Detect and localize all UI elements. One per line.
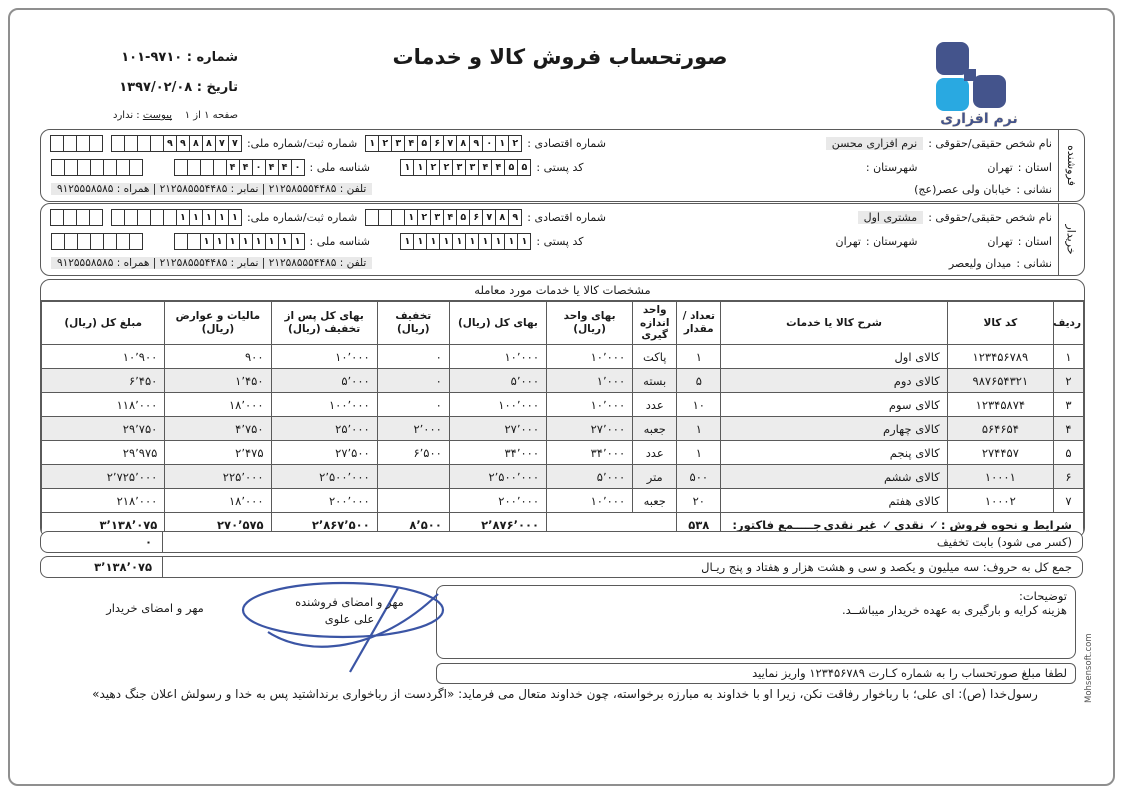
digit-box	[174, 233, 188, 250]
seller-economic-code-label: شماره اقتصادی :	[527, 137, 606, 150]
seller-county-label: شهرستان :	[866, 161, 918, 174]
digit-box	[64, 159, 78, 176]
digit-box	[116, 233, 130, 250]
digit-box: ۱	[213, 233, 227, 250]
digit-box	[137, 135, 151, 152]
digit-box: ۲	[417, 209, 431, 226]
digit-box	[63, 135, 77, 152]
digit-box: ۷	[215, 135, 229, 152]
digit-box	[129, 233, 143, 250]
buyer-name-value: مشتری اول	[858, 211, 924, 224]
digit-box	[174, 159, 188, 176]
digit-box: ۲	[439, 159, 453, 176]
digit-box: ۲	[426, 159, 440, 176]
digit-box: ۸	[495, 209, 509, 226]
check-icon: ✓	[882, 518, 892, 532]
buyer-economic-code: شماره اقتصادی : ۱۲۳۴۵۶۷۸۹	[365, 209, 606, 226]
seller-registration-number: شماره ثبت/شماره ملی: ۹۹۸۸۷۷	[111, 135, 357, 152]
payment-note-box: لطفا مبلغ صورتحساب را به شماره کـارت ۱۲۳…	[436, 663, 1076, 684]
footer-quote: رسول‌خدا (ص): ای علی؛ با رباخوار رفاقت ن…	[45, 687, 1085, 701]
buyer-address-value: میدان ولیعصر	[949, 257, 1012, 270]
digit-box: ۴	[491, 159, 505, 176]
digit-box: ۱	[404, 209, 418, 226]
item-row: ۵۲۷۴۴۵۷کالای پنجم۱عدد۳۴٬۰۰۰۳۴٬۰۰۰۶٬۵۰۰۲۷…	[42, 441, 1084, 465]
digit-box: ۱	[465, 233, 479, 250]
digit-box: ۱	[504, 233, 518, 250]
buyer-county-label: شهرستان :	[866, 235, 918, 248]
credit-label: غیر نقدی	[824, 518, 878, 532]
digit-box: ۱	[439, 233, 453, 250]
seller-national-id-boxes: ۴۴۰۴۴۰	[174, 159, 305, 176]
items-table-section: مشخصات کالا یا خدمات مورد معامله ردیف کد…	[40, 279, 1085, 538]
seller-national-id-label: شناسه ملی :	[310, 161, 370, 174]
digit-box	[365, 209, 379, 226]
digit-box: ۹	[176, 135, 190, 152]
seller-extra-boxes-2	[51, 159, 143, 176]
digit-box: ۸	[202, 135, 216, 152]
col-discount: تخفیف (ریال)	[377, 302, 449, 345]
discount-strip: (کسر می شود) بابت تخفیف ۰	[40, 531, 1083, 553]
digit-box: ۴	[278, 159, 292, 176]
col-tax: مالیات و عوارض (ریال)	[165, 302, 271, 345]
notes-box: توضیحات: هزینه کرایه و بارگیری به عهده خ…	[436, 585, 1076, 659]
digit-box: ۹	[508, 209, 522, 226]
total-in-words-value: ۳٬۱۳۸٬۰۷۵	[41, 557, 163, 577]
invoice-sum-label: جـــــمع فاکتور:	[732, 518, 821, 532]
seller-name-label: نام شخص حقیقی/حقوقی :	[928, 137, 1052, 150]
col-amount: مبلغ کل (ریال)	[42, 302, 165, 345]
buyer-extra-boxes-2-cells	[51, 233, 143, 250]
page-title: صورتحساب فروش کالا و خدمات	[280, 45, 840, 69]
digit-box: ۱	[413, 233, 427, 250]
items-table-title: مشخصات کالا یا خدمات مورد معامله	[41, 280, 1084, 301]
seller-economic-code: شماره اقتصادی : ۱۲۳۴۵۶۷۸۹۰۱۲	[365, 135, 606, 152]
digit-box: ۰	[252, 159, 266, 176]
items-table: ردیف کد کالا شرح کالا یا خدمات تعداد / م…	[41, 301, 1084, 537]
digit-box: ۱	[478, 233, 492, 250]
notes-text: هزینه کرایه و بارگیری به عهده خریدار میب…	[445, 603, 1067, 617]
item-row: ۱۱۲۳۴۵۶۷۸۹کالای اول۱پاکت۱۰٬۰۰۰۱۰٬۰۰۰۰۱۰٬…	[42, 345, 1084, 369]
seller-postal-label: کد پستی :	[536, 161, 583, 174]
seller-signature-block: مهر و امضای فروشنده علی علوی	[262, 594, 437, 629]
cash-option: ✓نقدی	[894, 518, 939, 532]
digit-box: ۱	[215, 209, 229, 226]
seller-national-id: شناسه ملی : ۴۴۰۴۴۰	[174, 159, 370, 176]
digit-box	[200, 159, 214, 176]
digit-box: ۱	[226, 233, 240, 250]
digit-box: ۱	[176, 209, 190, 226]
digit-box: ۴	[226, 159, 240, 176]
seller-postal-code: کد پستی : ۱۱۲۲۳۳۴۴۵۵	[400, 159, 583, 176]
digit-box: ۴	[265, 159, 279, 176]
digit-box: ۴	[478, 159, 492, 176]
digit-box: ۱	[413, 159, 427, 176]
company-logo: نرم افزاری محسن	[918, 42, 1040, 130]
discount-strip-value: ۰	[41, 532, 163, 552]
buyer-registration-number: شماره ثبت/شماره ملی: ۱۱۱۱۱	[111, 209, 357, 226]
digit-box: ۱	[239, 233, 253, 250]
digit-box	[76, 209, 90, 226]
buyer-signature-block: مهر و امضای خریدار	[80, 601, 230, 615]
seller-address-label: نشانی :	[1016, 183, 1052, 196]
invoice-number-label: شماره :	[187, 50, 238, 65]
cash-label: نقدی	[894, 518, 924, 532]
digit-box	[111, 209, 125, 226]
item-row: ۴۵۶۴۶۵۴کالای چهارم۱جعبه۲۷٬۰۰۰۲۷٬۰۰۰۲٬۰۰۰…	[42, 417, 1084, 441]
col-quantity: تعداد / مقدار	[677, 302, 721, 345]
buyer-address-label: نشانی :	[1016, 257, 1052, 270]
col-description: شرح کالا یا خدمات	[721, 302, 947, 345]
buyer-postal-label: کد پستی :	[536, 235, 583, 248]
seller-address-value: خیابان ولی عصر(عج)	[914, 183, 1011, 196]
digit-box: ۱	[400, 233, 414, 250]
buyer-extra-boxes-1-cells	[50, 209, 103, 226]
digit-box: ۱	[491, 233, 505, 250]
digit-box	[51, 159, 65, 176]
digit-box	[111, 135, 125, 152]
sale-terms-label: شرایط و نحوه فروش :	[941, 518, 1072, 532]
digit-box: ۲	[378, 135, 392, 152]
digit-box: ۱	[452, 233, 466, 250]
seller-province-label: استان :	[1018, 161, 1052, 174]
credit-option: ✓غیر نقدی	[824, 518, 893, 532]
digit-box: ۳	[391, 135, 405, 152]
page-attachment-line: صفحه ۱ از ۱ پیوست : ندارد	[60, 110, 238, 121]
digit-box: ۱	[200, 233, 214, 250]
buyer-province-label: استان :	[1018, 235, 1052, 248]
digit-box	[64, 233, 78, 250]
digit-box: ۷	[443, 135, 457, 152]
seller-extra-boxes-1	[50, 135, 103, 152]
logo-joint-icon	[964, 69, 976, 81]
digit-box	[50, 209, 64, 226]
digit-box: ۱	[252, 233, 266, 250]
digit-box	[90, 159, 104, 176]
seller-extra-boxes-1-cells	[50, 135, 103, 152]
seller-address: نشانی : خیابان ولی عصر(عج)	[380, 183, 1052, 196]
digit-box: ۰	[291, 159, 305, 176]
digit-box: ۸	[189, 135, 203, 152]
col-product-code: کد کالا	[947, 302, 1053, 345]
digit-box: ۴	[239, 159, 253, 176]
digit-box	[187, 233, 201, 250]
check-icon: ✓	[929, 518, 939, 532]
buyer-side-label: خریدار	[1058, 204, 1084, 275]
seller-side-label: فروشنده	[1058, 130, 1084, 201]
digit-box: ۶	[430, 135, 444, 152]
digit-box	[63, 209, 77, 226]
seller-postal-boxes: ۱۱۲۲۳۳۴۴۵۵	[400, 159, 531, 176]
seller-geo: استان :تهران شهرستان :	[614, 161, 1052, 174]
digit-box: ۰	[482, 135, 496, 152]
attachment-value: : ندارد	[113, 110, 143, 121]
buyer-extra-boxes-1	[50, 209, 103, 226]
notes-label: توضیحات:	[445, 589, 1067, 603]
watermark-text: Mohsensoft.com	[1084, 633, 1094, 703]
seller-side-text: فروشنده	[1065, 145, 1078, 186]
buyer-section: خریدار نام شخص حقیقی/حقوقی : مشتری اول ش…	[40, 203, 1085, 276]
digit-box: ۷	[482, 209, 496, 226]
digit-box: ۶	[469, 209, 483, 226]
total-in-words-label: جمع کل به حروف: سه میلیون و یکصد و سی و …	[163, 560, 1082, 574]
digit-box: ۱	[278, 233, 292, 250]
buyer-national-id-boxes: ۱۱۱۱۱۱۱۱	[174, 233, 305, 250]
digit-box: ۱	[202, 209, 216, 226]
digit-box: ۳	[452, 159, 466, 176]
buyer-registration-label: شماره ثبت/شماره ملی:	[247, 211, 357, 224]
col-unit-price: بهای واحد (ریال)	[547, 302, 633, 345]
col-row-number: ردیف	[1053, 302, 1083, 345]
digit-box: ۱	[517, 233, 531, 250]
seller-name-field: نام شخص حقیقی/حقوقی : نرم افزاری محسن	[614, 137, 1052, 150]
buyer-registration-boxes: ۱۱۱۱۱	[111, 209, 242, 226]
digit-box	[116, 159, 130, 176]
digit-box: ۵	[504, 159, 518, 176]
invoice-date: تاریخ : ۱۳۹۷/۰۲/۰۸	[60, 80, 238, 95]
digit-box: ۵	[517, 159, 531, 176]
page-count: صفحه ۱ از ۱	[185, 110, 238, 121]
logo-square-lightblue-icon	[936, 78, 969, 111]
digit-box: ۹	[469, 135, 483, 152]
digit-box	[213, 159, 227, 176]
buyer-national-id: شناسه ملی : ۱۱۱۱۱۱۱۱	[174, 233, 370, 250]
invoice-date-value: ۱۳۹۷/۰۲/۰۸	[119, 80, 192, 95]
seller-province-value: تهران	[987, 161, 1012, 174]
seller-name-value: نرم افزاری محسن	[826, 137, 923, 150]
buyer-county-value: تهران	[836, 235, 861, 248]
digit-box	[124, 209, 138, 226]
digit-box	[378, 209, 392, 226]
items-header-row: ردیف کد کالا شرح کالا یا خدمات تعداد / م…	[42, 302, 1084, 345]
digit-box	[50, 135, 64, 152]
digit-box: ۲	[508, 135, 522, 152]
digit-box	[76, 135, 90, 152]
digit-box: ۱	[291, 233, 305, 250]
buyer-province-value: تهران	[987, 235, 1012, 248]
digit-box: ۹	[163, 135, 177, 152]
digit-box	[124, 135, 138, 152]
digit-box: ۱	[426, 233, 440, 250]
items-body: ۱۱۲۳۴۵۶۷۸۹کالای اول۱پاکت۱۰٬۰۰۰۱۰٬۰۰۰۰۱۰٬…	[42, 345, 1084, 513]
buyer-signature-label: مهر و امضای خریدار	[80, 601, 230, 615]
digit-box: ۵	[456, 209, 470, 226]
seller-registration-boxes: ۹۹۸۸۷۷	[111, 135, 242, 152]
invoice-page: شماره : ۹۷۱۰-۱۰۱ تاریخ : ۱۳۹۷/۰۲/۰۸ صفحه…	[0, 0, 1123, 794]
digit-box: ۱	[228, 209, 242, 226]
buyer-name-field: نام شخص حقیقی/حقوقی : مشتری اول	[614, 211, 1052, 224]
digit-box	[150, 135, 164, 152]
digit-box	[163, 209, 177, 226]
digit-box: ۱	[365, 135, 379, 152]
digit-box	[103, 159, 117, 176]
buyer-side-text: خریدار	[1065, 224, 1078, 254]
invoice-date-label: تاریخ :	[197, 80, 238, 95]
digit-box	[391, 209, 405, 226]
seller-registration-label: شماره ثبت/شماره ملی:	[247, 137, 357, 150]
buyer-extra-boxes-2	[51, 233, 143, 250]
invoice-meta: شماره : ۹۷۱۰-۱۰۱ تاریخ : ۱۳۹۷/۰۲/۰۸ صفحه…	[60, 50, 238, 121]
invoice-number-value: ۹۷۱۰-۱۰۱	[121, 50, 182, 65]
digit-box: ۸	[456, 135, 470, 152]
col-after-discount: بهای کل پس از تخفیف (ریال)	[271, 302, 377, 345]
seller-section: فروشنده نام شخص حقیقی/حقوقی : نرم افزاری…	[40, 129, 1085, 202]
digit-box: ۴	[404, 135, 418, 152]
seller-economic-code-boxes: ۱۲۳۴۵۶۷۸۹۰۱۲	[365, 135, 522, 152]
buyer-national-id-label: شناسه ملی :	[310, 235, 370, 248]
col-total-price: بهای کل (ریال)	[449, 302, 546, 345]
buyer-economic-code-boxes: ۱۲۳۴۵۶۷۸۹	[365, 209, 522, 226]
digit-box	[103, 233, 117, 250]
digit-box: ۷	[228, 135, 242, 152]
item-row: ۶۱۰۰۰۱کالای ششم۵۰۰متر۵٬۰۰۰۲٬۵۰۰٬۰۰۰۲٬۵۰۰…	[42, 465, 1084, 489]
item-row: ۳۱۲۳۴۵۸۷۴کالای سوم۱۰عدد۱۰٬۰۰۰۱۰۰٬۰۰۰۰۱۰۰…	[42, 393, 1084, 417]
digit-box	[89, 209, 103, 226]
digit-box	[77, 233, 91, 250]
buyer-geo: استان :تهران شهرستان :تهران	[614, 235, 1052, 248]
buyer-economic-code-label: شماره اقتصادی :	[527, 211, 606, 224]
digit-box: ۱	[189, 209, 203, 226]
digit-box	[51, 233, 65, 250]
digit-box: ۱	[265, 233, 279, 250]
digit-box: ۳	[465, 159, 479, 176]
item-row: ۲۹۸۷۶۵۴۳۲۱کالای دوم۵بسته۱٬۰۰۰۵٬۰۰۰۰۵٬۰۰۰…	[42, 369, 1084, 393]
logo-square-dark-right-icon	[973, 75, 1006, 108]
digit-box	[77, 159, 91, 176]
digit-box: ۱	[400, 159, 414, 176]
attachment-label: پیوست	[143, 110, 172, 121]
digit-box: ۳	[430, 209, 444, 226]
seller-extra-boxes-2-cells	[51, 159, 143, 176]
buyer-postal-boxes: ۱۱۱۱۱۱۱۱۱۱	[400, 233, 531, 250]
digit-box: ۵	[417, 135, 431, 152]
buyer-phone-line: تلفن : ۲۱۲۵۸۵۵۵۴۴۸۵ | نمابر : ۲۱۲۵۸۵۵۵۴۴…	[51, 257, 372, 269]
total-in-words-strip: جمع کل به حروف: سه میلیون و یکصد و سی و …	[40, 556, 1083, 578]
buyer-address: نشانی : میدان ولیعصر	[380, 257, 1052, 270]
discount-strip-label: (کسر می شود) بابت تخفیف	[163, 535, 1082, 549]
digit-box	[137, 209, 151, 226]
buyer-postal-code: کد پستی : ۱۱۱۱۱۱۱۱۱۱	[400, 233, 583, 250]
digit-box	[150, 209, 164, 226]
invoice-number: شماره : ۹۷۱۰-۱۰۱	[60, 50, 238, 65]
digit-box	[129, 159, 143, 176]
digit-box: ۱	[495, 135, 509, 152]
buyer-name-label: نام شخص حقیقی/حقوقی :	[928, 211, 1052, 224]
col-unit: واحد اندازه گیری	[633, 302, 677, 345]
digit-box: ۴	[443, 209, 457, 226]
digit-box	[89, 135, 103, 152]
seller-signature-name: علی علوی	[262, 611, 437, 628]
seller-signature-label: مهر و امضای فروشنده	[262, 594, 437, 611]
digit-box	[187, 159, 201, 176]
digit-box	[90, 233, 104, 250]
item-row: ۷۱۰۰۰۲کالای هفتم۲۰جعبه۱۰٬۰۰۰۲۰۰٬۰۰۰۲۰۰٬۰…	[42, 489, 1084, 513]
seller-phone-line: تلفن : ۲۱۲۵۸۵۵۵۴۴۸۵ | نمابر : ۲۱۲۵۸۵۵۵۴۴…	[51, 183, 372, 195]
